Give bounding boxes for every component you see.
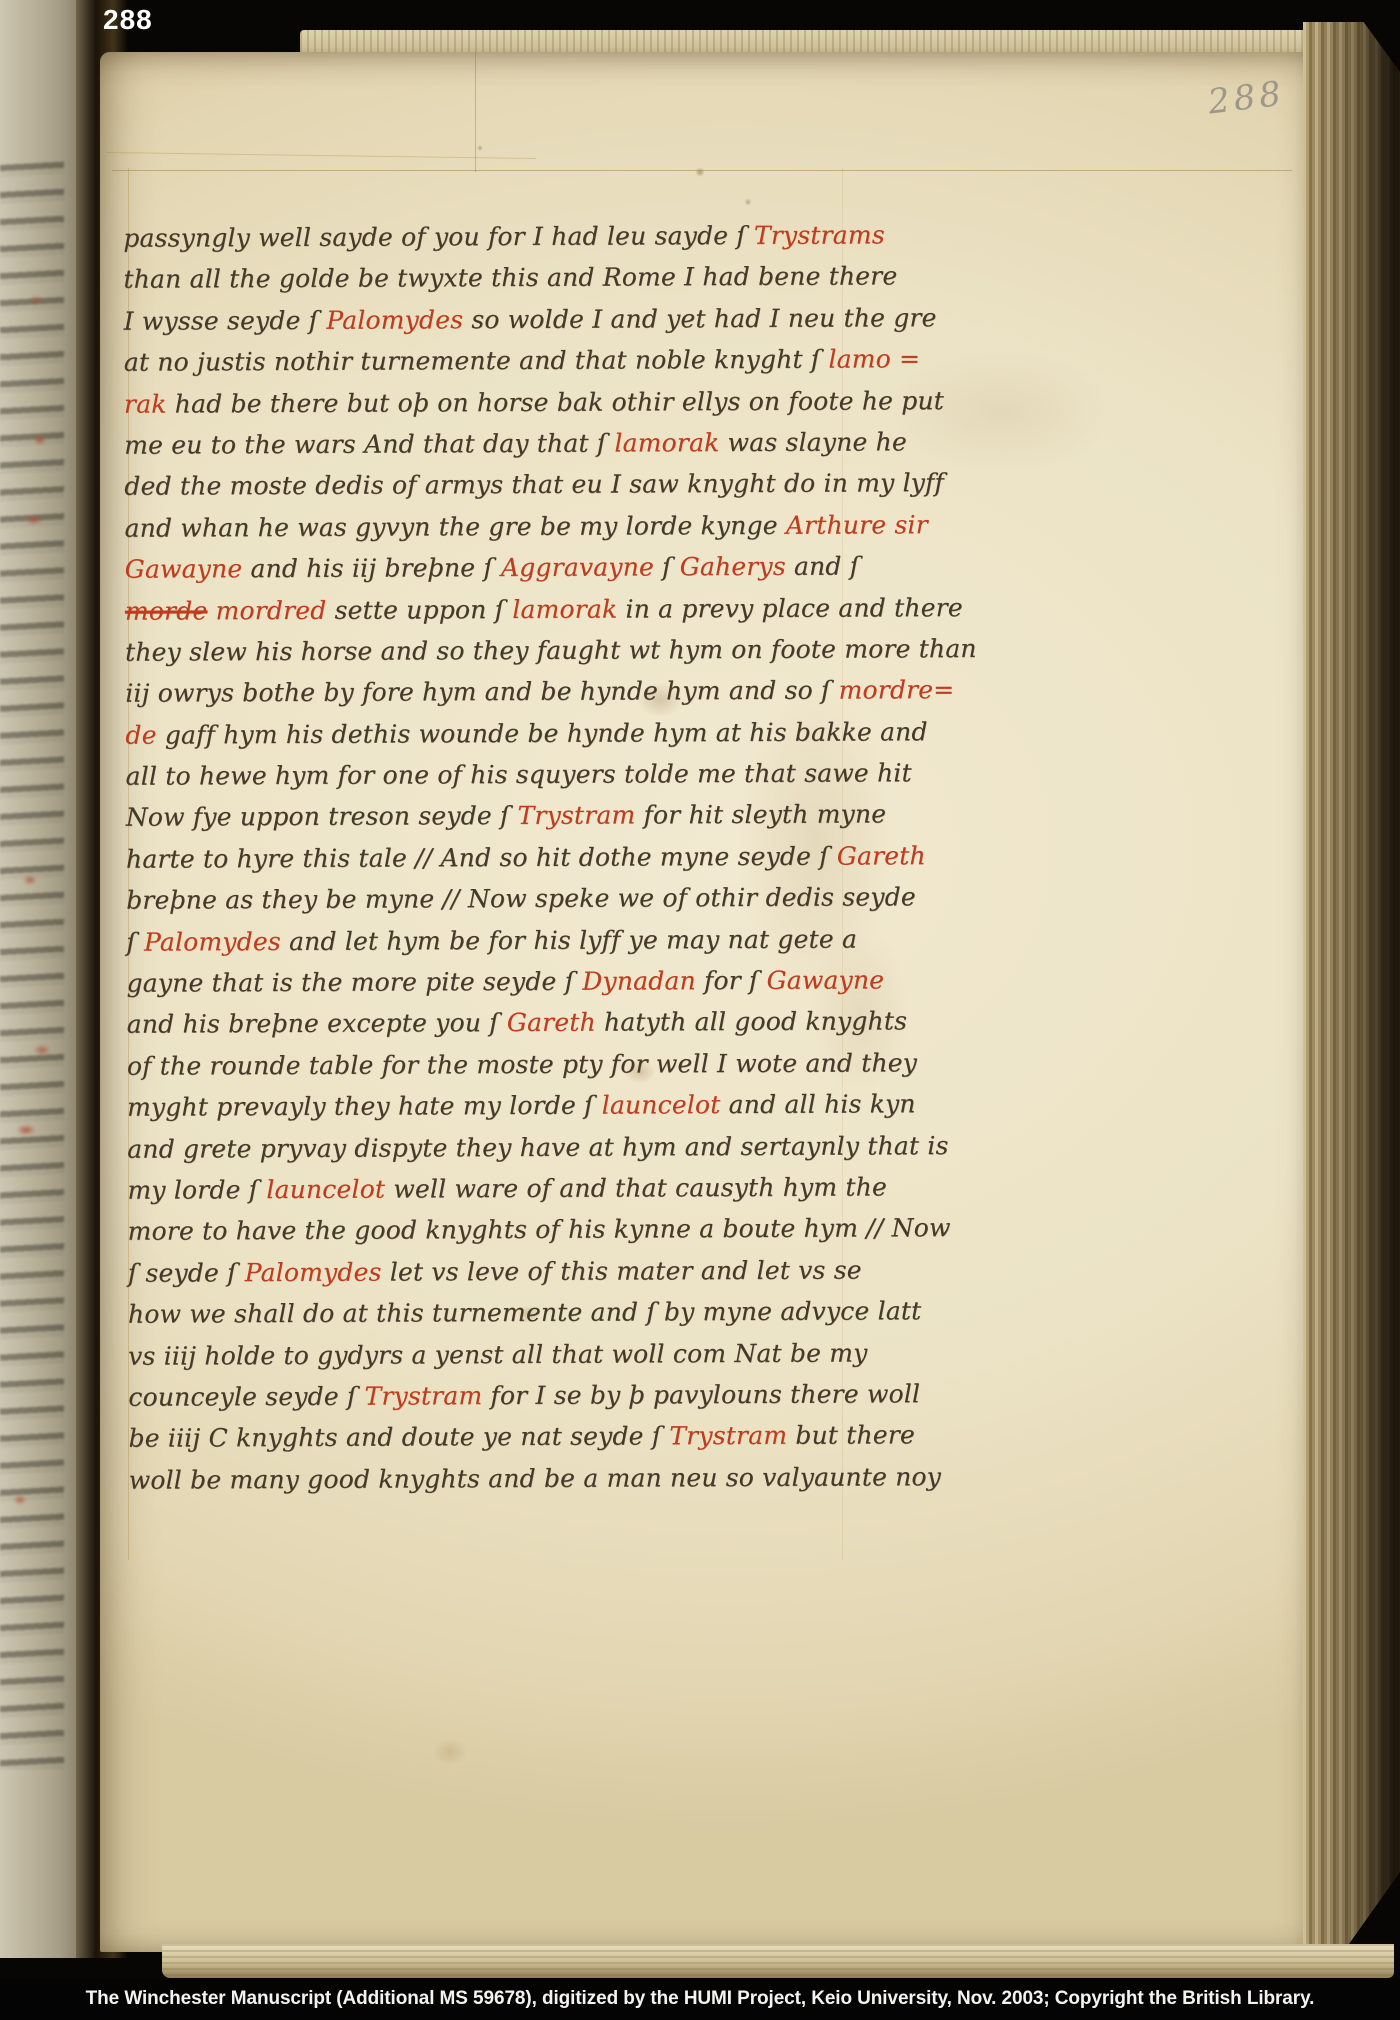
book-photo: 288 passyngly well sayde of you for I ha… — [0, 0, 1400, 2020]
manuscript-page: 288 passyngly well sayde of you for I ha… — [100, 52, 1310, 1952]
manuscript-line: Gawayne and his iij breþne ſ Aggravayne … — [125, 545, 895, 590]
facing-page-rubric-ghost — [0, 0, 80, 1900]
manuscript-line: all to hewe hym for one of his squyers t… — [126, 752, 896, 797]
caption-bar: The Winchester Manuscript (Additional MS… — [0, 1978, 1400, 2020]
frame-page-number: 288 — [103, 4, 153, 36]
manuscript-line: than all the golde be twyxte this and Ro… — [123, 256, 893, 301]
fore-edge-pages — [1303, 22, 1400, 1960]
manuscript-line: I wysse seyde ſ Palomydes so wolde I and… — [124, 297, 894, 342]
manuscript-line: breþne as they be myne // Now speke we o… — [126, 877, 896, 922]
manuscript-line: ſ Palomydes and let hym be for his lyff … — [126, 918, 896, 963]
ruling-line-horizontal — [112, 170, 1292, 171]
page-tail-edge — [162, 1944, 1394, 1978]
caption-text: The Winchester Manuscript (Additional MS… — [86, 1988, 1315, 2010]
manuscript-text: passyngly well sayde of you for I had le… — [123, 214, 899, 1500]
facing-page — [0, 0, 80, 1958]
manuscript-line: Now fye uppon treson seyde ſ Trystram fo… — [126, 794, 896, 839]
manuscript-line: iij owrys bothe by fore hym and be hynde… — [125, 670, 895, 715]
manuscript-line: at no justis nothir turnemente and that … — [124, 338, 894, 383]
manuscript-line: how we shall do at this turnemente and ſ… — [128, 1290, 898, 1335]
manuscript-line: woll be many good knyghts and be a man n… — [129, 1456, 899, 1501]
manuscript-line: and grete pryvay dispyte they have at hy… — [127, 1125, 897, 1170]
manuscript-line: de gaff hym his dethis wounde be hynde h… — [125, 711, 895, 756]
manuscript-line: gayne that is the more pite seyde ſ Dyna… — [126, 959, 896, 1004]
manuscript-line: vs iiij holde to gydyrs a yenst all that… — [128, 1332, 898, 1377]
page-crease — [475, 52, 476, 172]
manuscript-line: of the rounde table for the moste pty fo… — [127, 1042, 897, 1087]
manuscript-line: be iiij C knyghts and doute ye nat seyde… — [128, 1415, 898, 1460]
manuscript-line: ſ seyde ſ Palomydes let vs leve of this … — [128, 1249, 898, 1294]
manuscript-line: me eu to the wars And that day that ſ la… — [124, 421, 894, 466]
manuscript-line: rak had be there but oþ on horse bak oth… — [124, 380, 894, 425]
manuscript-line: morde mordred sette uppon ſ lamorak in a… — [125, 587, 895, 632]
manuscript-line: ded the moste dedis of armys that eu I s… — [124, 463, 894, 508]
manuscript-line: passyngly well sayde of you for I had le… — [123, 214, 893, 259]
manuscript-line: harte to hyre this tale // And so hit do… — [126, 835, 896, 880]
manuscript-line: they slew his horse and so they faught w… — [125, 628, 895, 673]
manuscript-line: more to have the good knyghts of his kyn… — [128, 1208, 898, 1253]
manuscript-line: myght prevayly they hate my lorde ſ laun… — [127, 1084, 897, 1129]
manuscript-line: counceyle seyde ſ Trystram for I se by þ… — [128, 1373, 898, 1418]
manuscript-line: and his breþne excepte you ſ Gareth haty… — [127, 1001, 897, 1046]
manuscript-line: my lorde ſ launcelot well ware of and th… — [127, 1166, 897, 1211]
manuscript-line: and whan he was gyvyn the gre be my lord… — [124, 504, 894, 549]
